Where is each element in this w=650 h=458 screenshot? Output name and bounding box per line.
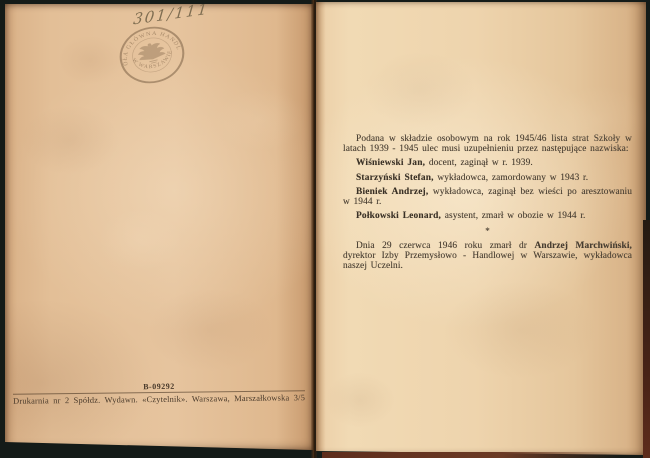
casualty-name: Wiśniewski Jan, (356, 158, 425, 168)
page-text: Podana w składzie osobowym na rok 1945/4… (343, 135, 632, 276)
casualty-name: Połkowski Leonard, (356, 211, 441, 221)
casualty-entry: Połkowski Leonard, asystent, zmarł w obo… (343, 212, 632, 222)
casualty-name: Starzyński Stefan, (356, 173, 434, 183)
casualty-details: docent, zaginął w r. 1939. (429, 158, 533, 168)
closing-text-before: Dnia 29 czerwca 1946 roku zmarł dr (356, 241, 527, 251)
printer-imprint: Drukarnia nr 2 Spółdz. Wydawn. «Czytelni… (13, 390, 305, 406)
book-cover-edge-right (643, 220, 650, 458)
closing-paragraph: Dnia 29 czerwca 1946 roku zmarł dr Andrz… (343, 242, 632, 272)
casualty-details: asystent, zmarł w obozie w 1944 r. (445, 211, 586, 221)
casualty-entry: Wiśniewski Jan, docent, zaginął w r. 193… (343, 159, 632, 169)
intro-paragraph: Podana w składzie osobowym na rok 1945/4… (343, 135, 632, 155)
book-cover-edge (322, 452, 622, 458)
casualty-entry: Bieniek Andrzej, wykładowca, zaginął bez… (343, 188, 632, 208)
asterisk-separator: * (343, 227, 632, 237)
closing-name: Andrzej Marchwiński, (535, 241, 632, 251)
left-page: 301/111 SZKOŁA GŁÓWNA HANDLOWA W WARSZAW… (5, 4, 313, 450)
closing-text-after: dyrektor Izby Przemysłowo - Handlowej w … (343, 251, 632, 271)
casualty-entry: Starzyński Stefan, wykładowca, zamordowa… (343, 174, 632, 184)
casualty-details: wykładowca, zamordowany w 1943 r. (437, 173, 588, 183)
book-scan: 301/111 SZKOŁA GŁÓWNA HANDLOWA W WARSZAW… (0, 0, 650, 458)
library-stamp-icon: SZKOŁA GŁÓWNA HANDLOWA W WARSZAWIE (111, 17, 193, 92)
right-page: Podana w składzie osobowym na rok 1945/4… (316, 2, 646, 455)
imprint-footer: B-09292 Drukarnia nr 2 Spółdz. Wydawn. «… (13, 380, 305, 406)
casualty-name: Bieniek Andrzej, (356, 187, 428, 197)
